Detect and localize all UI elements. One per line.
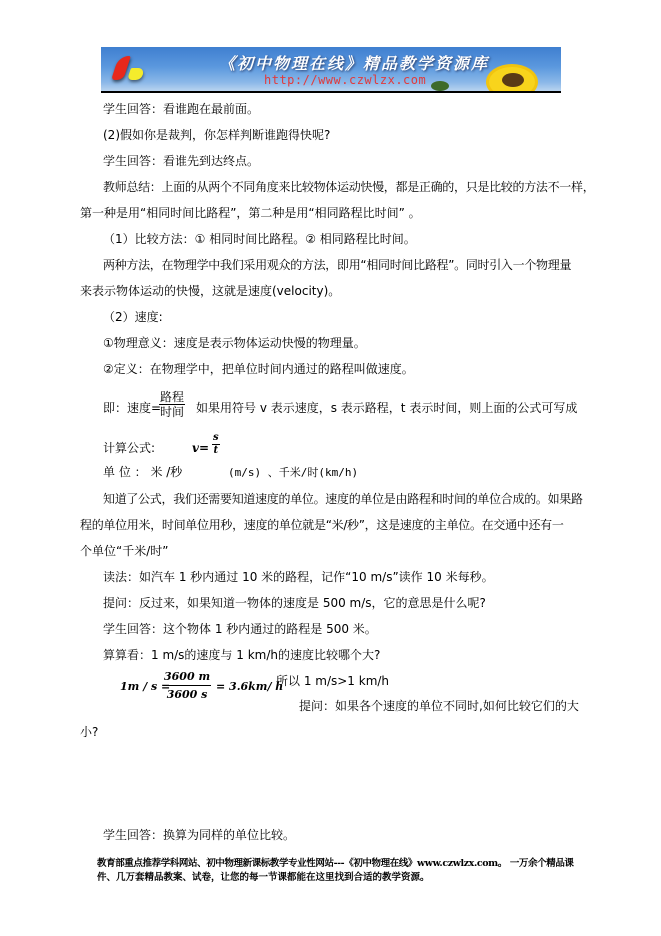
banner-title: 《初中物理在线》精品教学资源库 bbox=[219, 51, 489, 74]
text-line: （1）比较方法：① 相同时间比路程。② 相同路程比时间。 bbox=[103, 232, 416, 246]
text-line: 两种方法，在物理学中我们采用观众的方法，即用“相同时间比路程”。同时引入一个物理… bbox=[103, 258, 571, 272]
text-line: 提问：反过来，如果知道一物体的速度是 500 m/s，它的意思是什么呢? bbox=[103, 596, 486, 610]
text-line: ②定义：在物理学中，把单位时间内通过的路程叫做速度。 bbox=[103, 362, 414, 376]
logo-icon-yellow bbox=[127, 68, 145, 80]
text-line: 知道了公式，我们还需要知道速度的单位。速度的单位是由路程和时间的单位合成的。如果… bbox=[103, 492, 583, 506]
unit-values: (m/s) 、千米/时(km/h) bbox=[228, 466, 358, 480]
fraction-numerator: 3600 m bbox=[163, 668, 211, 685]
sunflower-center-icon bbox=[502, 73, 524, 87]
text-line: 小? bbox=[80, 725, 98, 739]
speed-fraction: 路程 时间 bbox=[159, 390, 185, 419]
conversion-fraction: 3600 m 3600 s bbox=[163, 668, 211, 703]
text-line: 来表示物体运动的快慢，这就是速度(velocity)。 bbox=[80, 284, 340, 298]
fraction-denominator: 时间 bbox=[159, 405, 185, 419]
conversion-conclusion: 所以 1 m/s>1 km/h bbox=[276, 674, 389, 688]
text-line: 提问：如果各个速度的单位不同时,如何比较它们的大 bbox=[299, 699, 579, 713]
text-line: （2）速度: bbox=[103, 310, 163, 324]
formula-prefix: 即：速度= bbox=[103, 401, 161, 415]
text-line: 读法：如汽车 1 秒内通过 10 米的路程，记作“10 m/s”读作 10 米每… bbox=[103, 570, 494, 584]
text-line: (2)假如你是裁判，你怎样判断谁跑得快呢? bbox=[103, 128, 330, 142]
text-line: 个单位“千米/时” bbox=[80, 544, 168, 558]
leaf-icon bbox=[431, 81, 449, 91]
footer-note: 教育部重点推荐学科网站、初中物理新课标教学专业性网站---《初中物理在线》www… bbox=[97, 857, 577, 885]
text-line: ①物理意义：速度是表示物体运动快慢的物理量。 bbox=[103, 336, 366, 350]
header-banner: 《初中物理在线》精品教学资源库 http://www.czwlzx.com bbox=[101, 47, 561, 91]
text-line: 教师总结：上面的从两个不同角度来比较物体运动快慢，都是正确的，只是比较的方法不一… bbox=[103, 180, 594, 194]
v-fraction: s t bbox=[212, 432, 220, 457]
footer-line-1: 教育部重点推荐学科网站、初中物理新课标教学专业性网站---《初中物理在线》www… bbox=[97, 857, 577, 871]
text-line: 如果用符号 v 表示速度，s 表示路程，t 表示时间，则上面的公式可写成 bbox=[196, 401, 577, 415]
text-line: 算算看：1 m/s的速度与 1 km/h的速度比较哪个大? bbox=[103, 648, 380, 662]
conversion-right: = 3.6km/ h bbox=[216, 680, 283, 694]
text-line: 学生回答：这个物体 1 秒内通过的路程是 500 米。 bbox=[103, 622, 377, 636]
header-divider bbox=[101, 91, 561, 93]
unit-label: 单 位 ： 米 /秒 bbox=[103, 465, 182, 479]
fraction-numerator: s bbox=[212, 432, 220, 444]
fraction-denominator: t bbox=[213, 445, 220, 457]
text-line: 学生回答：换算为同样的单位比较。 bbox=[103, 828, 295, 842]
fraction-denominator: 3600 s bbox=[166, 686, 209, 703]
footer-line-2: 件、几万套精品教案、试卷，让您的每一节课都能在这里找到合适的教学资源。 bbox=[97, 871, 577, 885]
banner-url[interactable]: http://www.czwlzx.com bbox=[264, 73, 426, 87]
fraction-numerator: 路程 bbox=[159, 390, 185, 404]
formula-v: v= bbox=[192, 441, 209, 455]
text-line: 学生回答：看谁先到达终点。 bbox=[103, 154, 259, 168]
text-line: 学生回答：看谁跑在最前面。 bbox=[103, 102, 259, 116]
text-line: 第一种是用“相同时间比路程”，第二种是用“相同路程比时间” 。 bbox=[80, 206, 421, 220]
formula-label: 计算公式: bbox=[103, 441, 155, 455]
text-line: 程的单位用米，时间单位用秒，速度的单位就是“米/秒”，这是速度的主单位。在交通中… bbox=[80, 518, 564, 532]
